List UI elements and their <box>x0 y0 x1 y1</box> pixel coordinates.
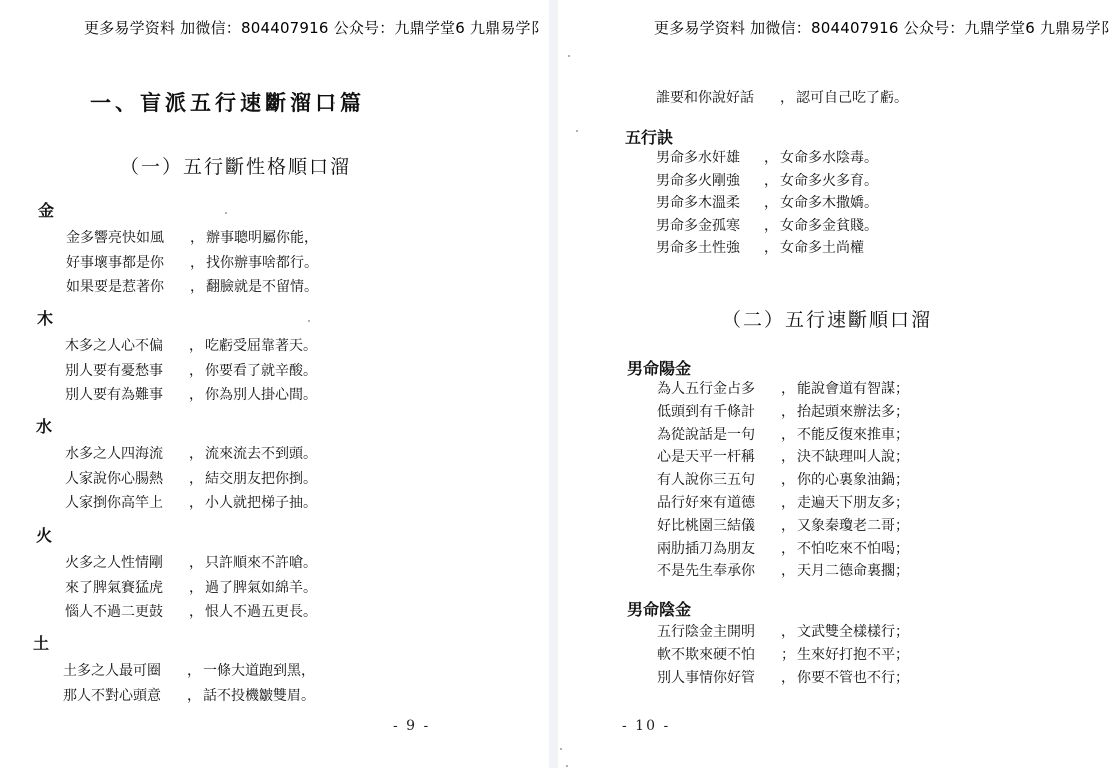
element-heading-metal: 金 <box>38 198 54 221</box>
verse-line: 品行好來有道德，走遍天下朋友多； <box>657 492 909 515</box>
heading-male-yin-metal: 男命陰金 <box>627 597 691 620</box>
page-number: - 9 - <box>393 718 430 734</box>
verse-line: 水多之人四海流，流來流去不到頭。 <box>65 442 317 467</box>
element-heading-wood: 木 <box>37 306 53 329</box>
verse-male-yang-metal: 為人五行金占多，能說會道有智謀； 低頭到有千條計，抬起頭來辦法多； 為從說話是一… <box>657 378 909 583</box>
scan-speck <box>566 765 568 767</box>
verse-line: 金多響亮快如風，辦事聰明屬你能， <box>66 226 318 251</box>
verse-male-yin-metal: 五行陰金主開明，文武雙全樣樣行； 軟不欺來硬不怕；生來好打抱不平； 別人事情你好… <box>657 621 909 690</box>
scan-speck <box>308 320 310 322</box>
verse-line: 男命多木溫柔，女命多木撒嬌。 <box>656 192 878 215</box>
scan-speck <box>568 55 570 57</box>
verse-line: 別人要有憂愁事，你要看了就辛酸。 <box>65 359 317 384</box>
verse-line: 人家捯你高竿上，小人就把梯子抽。 <box>65 491 317 516</box>
verse-line: 土多之人最可圈，一條大道跑到黑， <box>63 659 315 684</box>
element-heading-water: 水 <box>36 414 52 437</box>
verse-line: 男命多水奸雄，女命多水陰毒。 <box>656 147 878 170</box>
verse-line: 不是先生奉承你，天月二德命裏擱； <box>657 560 909 583</box>
verse-line: 好比桃園三結儀，又象秦瓊老二哥； <box>657 515 909 538</box>
verse-line: 為從說話是一句，不能反復來推車； <box>657 424 909 447</box>
verse-line: 惱人不過二更鼓，恨人不過五更長。 <box>65 600 317 625</box>
element-heading-fire: 火 <box>36 523 52 546</box>
verse-line: 軟不欺來硬不怕；生來好打抱不平； <box>657 644 909 667</box>
verse-line: 有人說你三五句，你的心裏象油鍋； <box>657 469 909 492</box>
heading-male-yang-metal: 男命陽金 <box>627 356 691 379</box>
verse-line: 低頭到有千條計，抬起頭來辦法多； <box>657 401 909 424</box>
verse-line: 木多之人心不偏，吃虧受屈靠著天。 <box>65 334 317 359</box>
verse-line: 火多之人性情剛，只許順來不許嗆。 <box>65 551 317 576</box>
verse-line: 那人不對心頭意，話不投機皺雙眉。 <box>63 684 315 709</box>
scan-speck <box>333 102 335 104</box>
element-heading-earth: 土 <box>33 631 49 654</box>
heading-wuxing-jue: 五行訣 <box>625 125 673 148</box>
verse-line: 人家說你心腸熱，結交朋友把你捯。 <box>65 467 317 492</box>
verse-wuxing-jue: 男命多水奸雄，女命多水陰毒。 男命多火剛強，女命多火多育。 男命多木溫柔，女命多… <box>656 147 878 260</box>
page-number: - 10 - <box>622 718 670 734</box>
scan-speck <box>225 212 227 214</box>
page-gutter <box>549 0 558 768</box>
verse-continued: 誰要和你說好話，認可自己吃了虧。 <box>656 86 908 111</box>
verse-earth: 土多之人最可圈，一條大道跑到黑， 那人不對心頭意，話不投機皺雙眉。 <box>63 659 315 708</box>
verse-line: 來了脾氣賽猛虎，過了脾氣如綿羊。 <box>65 576 317 601</box>
section-title: （一）五行斷性格順口溜 <box>120 152 351 179</box>
verse-line: 兩肋插刀為朋友，不怕吃來不怕喝； <box>657 538 909 561</box>
verse-line: 男命多火剛強，女命多火多育。 <box>656 170 878 193</box>
scan-speck <box>560 748 562 750</box>
verse-line: 五行陰金主開明，文武雙全樣樣行； <box>657 621 909 644</box>
verse-line: 男命多金孤寒，女命多金貧賤。 <box>656 215 878 238</box>
verse-line: 別人要有為難事，你為別人掛心間。 <box>65 383 317 408</box>
page-right: 更多易学资料 加微信：804407916 公众号：九鼎学堂6 九鼎易学阝 誰要和… <box>558 0 1116 768</box>
verse-line: 好事壞事都是你，找你辦事啥都行。 <box>66 251 318 276</box>
watermark-header: 更多易学资料 加微信：804407916 公众号：九鼎学堂6 九鼎易学阝 <box>84 17 546 38</box>
verse-metal: 金多響亮快如風，辦事聰明屬你能， 好事壞事都是你，找你辦事啥都行。 如果要是惹著… <box>66 226 318 300</box>
verse-line: 為人五行金占多，能說會道有智謀； <box>657 378 909 401</box>
verse-line: 誰要和你說好話，認可自己吃了虧。 <box>656 86 908 111</box>
scan-speck <box>576 130 578 132</box>
verse-fire: 火多之人性情剛，只許順來不許嗆。 來了脾氣賽猛虎，過了脾氣如綿羊。 惱人不過二更… <box>65 551 317 625</box>
verse-wood: 木多之人心不偏，吃虧受屈靠著天。 別人要有憂愁事，你要看了就辛酸。 別人要有為難… <box>65 334 317 408</box>
section-title: （二）五行速斷順口溜 <box>722 305 932 332</box>
verse-line: 男命多土性強，女命多土尚權 <box>656 237 878 260</box>
verse-line: 別人事情你好管，你要不管也不行； <box>657 667 909 690</box>
page-left: 更多易学资料 加微信：804407916 公众号：九鼎学堂6 九鼎易学阝 一、盲… <box>0 0 549 768</box>
chapter-title: 一、盲派五行速斷溜口篇 <box>90 87 365 117</box>
verse-line: 心是天平一杆稱，決不缺理叫人說； <box>657 446 909 469</box>
verse-water: 水多之人四海流，流來流去不到頭。 人家說你心腸熱，結交朋友把你捯。 人家捯你高竿… <box>65 442 317 516</box>
watermark-header: 更多易学资料 加微信：804407916 公众号：九鼎学堂6 九鼎易学阝 <box>654 17 1116 38</box>
verse-line: 如果要是惹著你，翻臉就是不留情。 <box>66 275 318 300</box>
